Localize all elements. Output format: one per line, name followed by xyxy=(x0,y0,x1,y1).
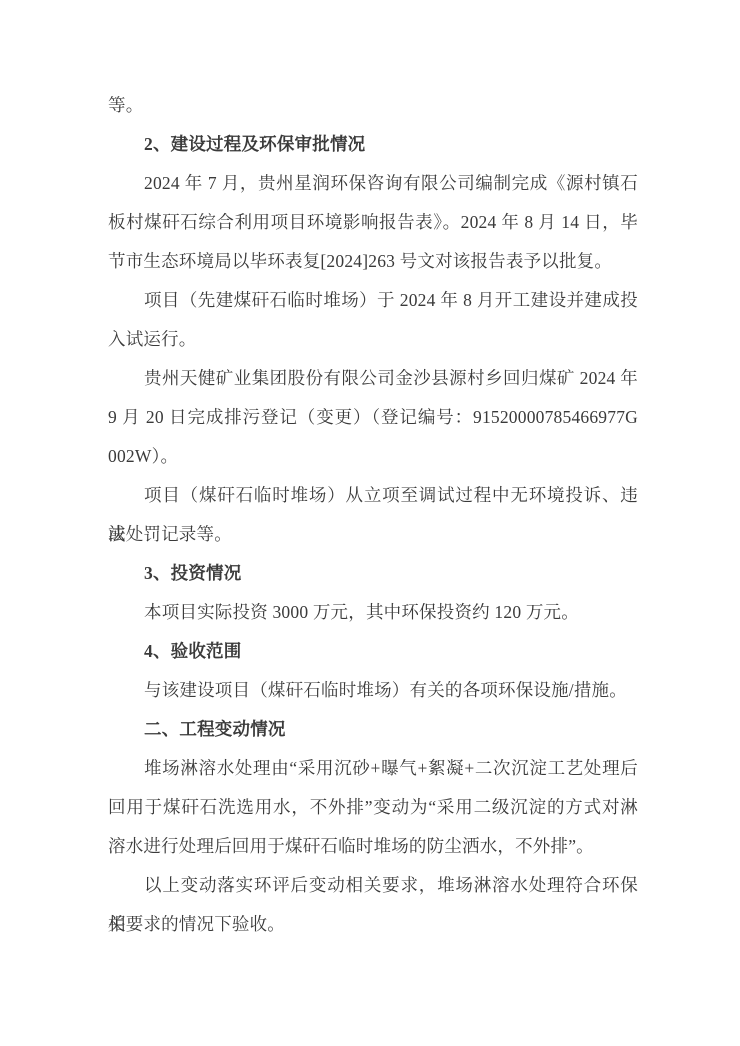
section-heading: 2、建设过程及环保审批情况 xyxy=(108,125,638,164)
text-line: 溶水进行处理后回用于煤矸石临时堆场的防尘洒水，不外排”。 xyxy=(108,827,638,866)
document-content: 等。2、建设过程及环保审批情况2024 年 7 月，贵州星润环保咨询有限公司编制… xyxy=(108,86,638,944)
section-heading: 二、工程变动情况 xyxy=(108,710,638,749)
text-line: 本项目实际投资 3000 万元，其中环保投资约 120 万元。 xyxy=(108,593,638,632)
section-heading: 4、验收范围 xyxy=(108,632,638,671)
text-line: 关要求的情况下验收。 xyxy=(108,905,638,944)
text-line: 002W）。 xyxy=(108,437,638,476)
text-line: 堆场淋溶水处理由“采用沉砂+曝气+絮凝+二次沉淀工艺处理后 xyxy=(108,749,638,788)
text-line: 项目（煤矸石临时堆场）从立项至调试过程中无环境投诉、违法 xyxy=(108,476,638,515)
section-heading: 3、投资情况 xyxy=(108,554,638,593)
text-line: 2024 年 7 月，贵州星润环保咨询有限公司编制完成《源村镇石 xyxy=(108,164,638,203)
text-line: 以上变动落实环评后变动相关要求，堆场淋溶水处理符合环保相 xyxy=(108,866,638,905)
text-line: 或处罚记录等。 xyxy=(108,515,638,554)
text-line: 9 月 20 日完成排污登记（变更）（登记编号：9152000078546697… xyxy=(108,398,638,437)
text-line: 节市生态环境局以毕环表复[2024]263 号文对该报告表予以批复。 xyxy=(108,242,638,281)
text-line: 贵州天健矿业集团股份有限公司金沙县源村乡回归煤矿 2024 年 xyxy=(108,359,638,398)
text-line: 回用于煤矸石洗选用水，不外排”变动为“采用二级沉淀的方式对淋 xyxy=(108,788,638,827)
text-line: 入试运行。 xyxy=(108,320,638,359)
text-line: 板村煤矸石综合利用项目环境影响报告表》。2024 年 8 月 14 日，毕 xyxy=(108,203,638,242)
text-line: 与该建设项目（煤矸石临时堆场）有关的各项环保设施/措施。 xyxy=(108,671,638,710)
text-line: 项目（先建煤矸石临时堆场）于 2024 年 8 月开工建设并建成投 xyxy=(108,281,638,320)
text-line: 等。 xyxy=(108,86,638,125)
document-page: 等。2、建设过程及环保审批情况2024 年 7 月，贵州星润环保咨询有限公司编制… xyxy=(0,0,740,1046)
